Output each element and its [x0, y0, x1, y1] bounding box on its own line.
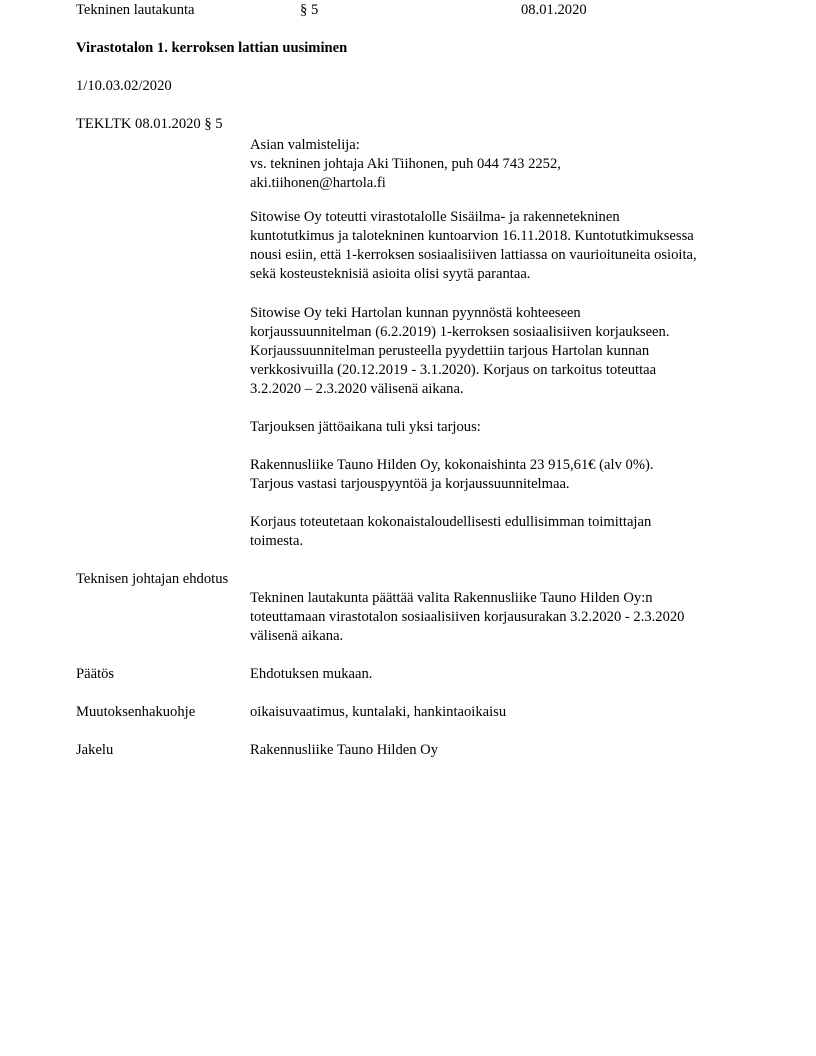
paragraph-line: 3.2.2020 – 2.3.2020 välisenä aikana. [250, 380, 669, 399]
meeting-reference: TEKLTK 08.01.2020 § 5 [76, 115, 223, 134]
document-title: Virastotalon 1. kerroksen lattian uusimi… [76, 39, 347, 58]
proposal-text: Tekninen lautakunta päättää valita Raken… [250, 589, 684, 646]
paragraph-selection-basis: Korjaus toteutetaan kokonaistaloudellise… [250, 513, 651, 551]
paragraph-background: Sitowise Oy toteutti virastotalolle Sisä… [250, 208, 697, 284]
preparer-heading: Asian valmistelija: [250, 136, 561, 155]
distribution-value: Rakennusliike Tauno Hilden Oy [250, 741, 438, 760]
paragraph-line: sekä kosteusteknisiä asioita olisi syytä… [250, 265, 697, 284]
appeal-value: oikaisuvaatimus, kuntalaki, hankintaoika… [250, 703, 506, 722]
header-committee: Tekninen lautakunta [76, 1, 195, 20]
paragraph-bids-intro: Tarjouksen jättöaikana tuli yksi tarjous… [250, 418, 481, 437]
paragraph-line: Korjaussuunnitelman perusteella pyydetti… [250, 342, 669, 361]
paragraph-line: toimesta. [250, 532, 651, 551]
proposal-label: Teknisen johtajan ehdotus [76, 570, 228, 589]
preparer-block: Asian valmistelija: vs. tekninen johtaja… [250, 136, 561, 193]
preparer-email: aki.tiihonen@hartola.fi [250, 174, 561, 193]
record-id: 1/10.03.02/2020 [76, 77, 172, 96]
decision-value: Ehdotuksen mukaan. [250, 665, 372, 684]
paragraph-line: verkkosivuilla (20.12.2019 - 3.1.2020). … [250, 361, 669, 380]
paragraph-line: Rakennusliike Tauno Hilden Oy, kokonaish… [250, 456, 654, 475]
proposal-line: välisenä aikana. [250, 627, 684, 646]
paragraph-line: Tarjous vastasi tarjouspyyntöä ja korjau… [250, 475, 654, 494]
proposal-line: toteuttamaan virastotalon sosiaalisiiven… [250, 608, 684, 627]
paragraph-line: Sitowise Oy toteutti virastotalolle Sisä… [250, 208, 697, 227]
appeal-label: Muutoksenhakuohje [76, 703, 195, 722]
paragraph-line: Tarjouksen jättöaikana tuli yksi tarjous… [250, 418, 481, 437]
paragraph-line: Sitowise Oy teki Hartolan kunnan pyynnös… [250, 304, 669, 323]
proposal-line: Tekninen lautakunta päättää valita Raken… [250, 589, 684, 608]
distribution-label: Jakelu [76, 741, 113, 760]
decision-label: Päätös [76, 665, 114, 684]
paragraph-bid: Rakennusliike Tauno Hilden Oy, kokonaish… [250, 456, 654, 494]
paragraph-line: kuntotutkimus ja talotekninen kuntoarvio… [250, 227, 697, 246]
paragraph-repair-plan: Sitowise Oy teki Hartolan kunnan pyynnös… [250, 304, 669, 399]
paragraph-line: nousi esiin, että 1-kerroksen sosiaalisi… [250, 246, 697, 265]
preparer-name-phone: vs. tekninen johtaja Aki Tiihonen, puh 0… [250, 155, 561, 174]
header-section: § 5 [300, 1, 318, 20]
paragraph-line: korjaussuunnitelman (6.2.2019) 1-kerroks… [250, 323, 669, 342]
header-date: 08.01.2020 [521, 1, 587, 20]
paragraph-line: Korjaus toteutetaan kokonaistaloudellise… [250, 513, 651, 532]
